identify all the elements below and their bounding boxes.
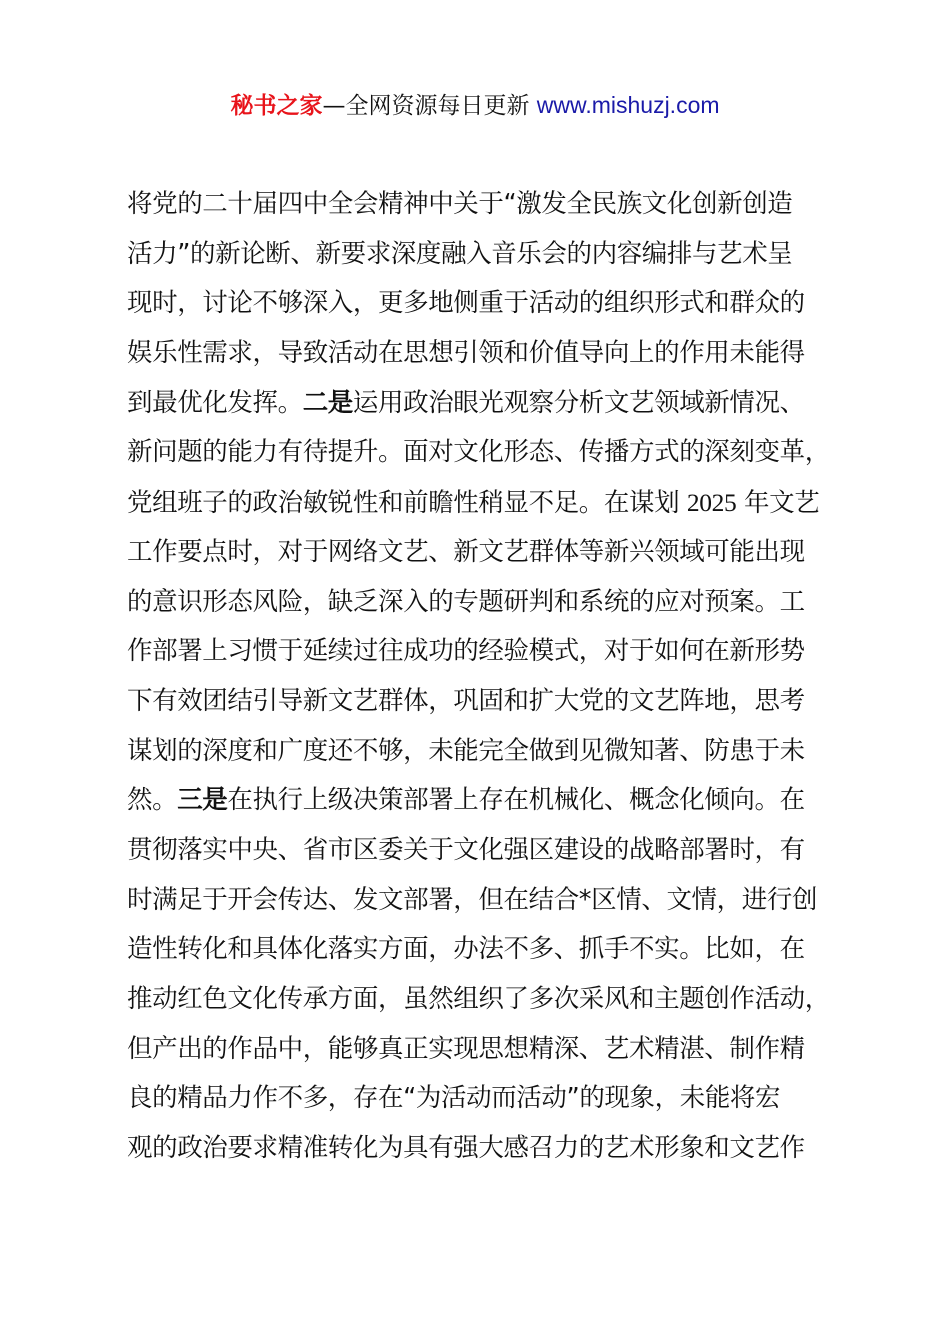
text-line: 党组班子的政治敏锐性和前瞻性稍显不足。在谋划 2025 年文艺 — [127, 478, 862, 528]
site-url-link[interactable]: www.mishuzj.com — [537, 92, 720, 118]
text-line: 下有效团结引导新文艺群体，巩固和扩大党的文艺阵地，思考 — [127, 677, 862, 727]
text-line: 的意识形态风险，缺乏深入的专题研判和系统的应对预案。工 — [127, 578, 862, 628]
text-run: 年文艺 — [736, 488, 819, 518]
text-run: 党组班子的政治敏锐性和前瞻性稍显不足。在谋划 — [127, 488, 687, 518]
text-line: 到最优化发挥。二是运用政治眼光观察分析文艺领域新情况、 — [127, 379, 862, 429]
text-line: 娱乐性需求，导致活动在思想引领和价值导向上的作用未能得 — [127, 329, 862, 379]
text-run: 在执行上级决策部署上存在机械化、概念化倾向。在 — [227, 785, 804, 815]
text-line: 工作要点时，对于网络文艺、新文艺群体等新兴领域可能出现 — [127, 528, 862, 578]
text-line: 现时，讨论不够深入，更多地侧重于活动的组织形式和群众的 — [127, 279, 862, 329]
text-run: 然。 — [127, 785, 177, 815]
text-line: 良的精品力作不多，存在“为活动而活动”的现象，未能将宏 — [127, 1074, 862, 1124]
text-line: 贯彻落实中央、省市区委关于文化强区建设的战略部署时，有 — [127, 826, 862, 876]
text-line: 活力”的新论断、新要求深度融入音乐会的内容编排与艺术呈 — [127, 230, 862, 280]
year-number: 2025 — [687, 488, 736, 517]
text-line: 谋划的深度和广度还不够，未能完全做到见微知著、防患于未 — [127, 727, 862, 777]
text-line: 时满足于开会传达、发文部署，但在结合*区情、文情，进行创 — [127, 876, 862, 926]
text-run: 到最优化发挥。 — [127, 388, 303, 418]
text-line: 然。三是在执行上级决策部署上存在机械化、概念化倾向。在 — [127, 776, 862, 826]
site-header: 秘书之家—全网资源每日更新 www.mishuzj.com — [0, 88, 950, 123]
site-brand: 秘书之家 — [230, 93, 322, 119]
point-marker-two: 二是 — [303, 388, 353, 418]
document-body: 将党的二十届四中全会精神中关于“激发全民族文化创新创造 活力”的新论断、新要求深… — [127, 180, 862, 1174]
text-line: 但产出的作品中，能够真正实现思想精深、艺术精湛、制作精 — [127, 1025, 862, 1075]
text-line: 新问题的能力有待提升。面对文化形态、传播方式的深刻变革， — [127, 428, 862, 478]
text-line: 观的政治要求精准转化为具有强大感召力的艺术形象和文艺作 — [127, 1124, 862, 1174]
text-line: 推动红色文化传承方面，虽然组织了多次采风和主题创作活动， — [127, 975, 862, 1025]
text-line: 作部署上习惯于延续过往成功的经验模式，对于如何在新形势 — [127, 627, 862, 677]
text-run: 运用政治眼光观察分析文艺领域新情况、 — [353, 388, 805, 418]
text-line: 造性转化和具体化落实方面，办法不多、抓手不实。比如，在 — [127, 925, 862, 975]
text-line: 将党的二十届四中全会精神中关于“激发全民族文化创新创造 — [127, 180, 862, 230]
site-tagline: —全网资源每日更新 — [322, 93, 536, 119]
point-marker-three: 三是 — [177, 785, 227, 815]
